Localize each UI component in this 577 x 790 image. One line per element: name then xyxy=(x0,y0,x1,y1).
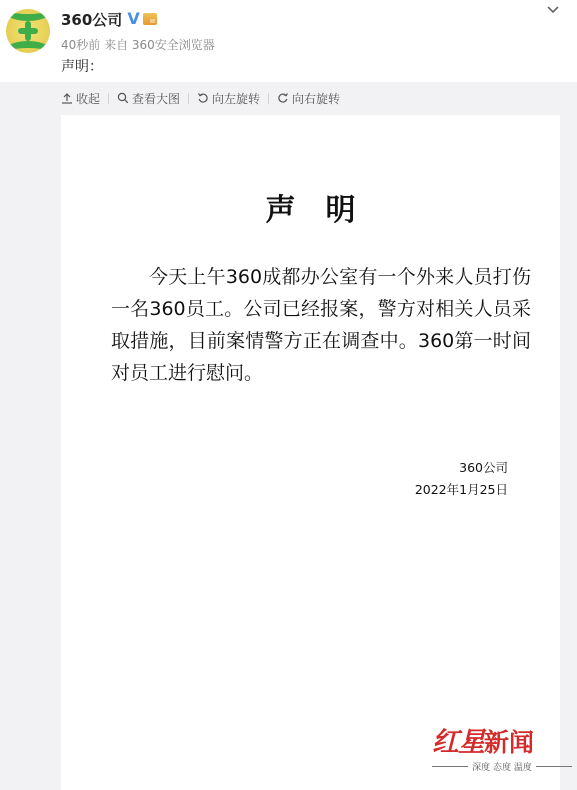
divider xyxy=(536,766,572,767)
statement-image[interactable]: 声明 今天上午360成都办公室有一个外来人员打伤一名360员工。公司已经报案，警… xyxy=(61,115,560,790)
watermark-logo: 红星新闻 xyxy=(432,728,572,758)
view-large-button[interactable]: 查看大图 xyxy=(117,90,180,107)
verified-icon: V xyxy=(127,11,139,27)
member-badge-icon xyxy=(143,13,157,25)
rotate-right-label: 向右旋转 xyxy=(292,90,340,107)
rotate-right-button[interactable]: 向右旋转 xyxy=(277,90,340,107)
watermark-tagline: 深度 态度 温度 xyxy=(472,760,532,773)
author-row: 360公司 V xyxy=(61,9,157,29)
watermark-logo-text: 新闻 xyxy=(484,728,534,757)
statement-body: 今天上午360成都办公室有一个外来人员打伤一名360员工。公司已经报案，警方对相… xyxy=(111,261,531,389)
avatar-swoosh-top xyxy=(6,9,50,21)
collapse-label: 收起 xyxy=(76,90,100,107)
view-large-label: 查看大图 xyxy=(132,90,180,107)
divider xyxy=(268,93,269,104)
rotate-left-icon xyxy=(197,92,209,104)
watermark: 红星新闻 深度 态度 温度 xyxy=(432,728,572,773)
post-text: 声明： xyxy=(61,56,103,76)
post-header: 360公司 V 40秒前 来自 360安全浏览器 声明： xyxy=(0,0,577,82)
statement-title: 声明 xyxy=(61,185,560,229)
watermark-logo-script: 红星 xyxy=(432,727,484,758)
signature-company: 360公司 xyxy=(415,457,508,479)
watermark-tagline-row: 深度 态度 温度 xyxy=(432,760,572,773)
rotate-left-button[interactable]: 向左旋转 xyxy=(197,90,260,107)
plus-icon-vertical xyxy=(25,21,31,41)
collapse-button[interactable]: 收起 xyxy=(61,90,100,107)
divider xyxy=(188,93,189,104)
search-icon xyxy=(117,92,129,104)
avatar[interactable] xyxy=(6,9,50,53)
divider xyxy=(108,93,109,104)
rotate-left-label: 向左旋转 xyxy=(212,90,260,107)
rotate-right-icon xyxy=(277,92,289,104)
collapse-up-icon xyxy=(61,92,73,104)
signature-date: 2022年1月25日 xyxy=(415,479,508,501)
divider xyxy=(432,766,468,767)
statement-signature: 360公司 2022年1月25日 xyxy=(415,457,508,501)
avatar-swoosh-bottom xyxy=(6,41,50,53)
author-name[interactable]: 360公司 xyxy=(61,9,122,30)
image-toolbar: 收起 查看大图 向左旋转 向右旋转 xyxy=(61,88,340,108)
chevron-down-icon[interactable] xyxy=(546,3,560,17)
post-meta: 40秒前 来自 360安全浏览器 xyxy=(61,36,215,53)
